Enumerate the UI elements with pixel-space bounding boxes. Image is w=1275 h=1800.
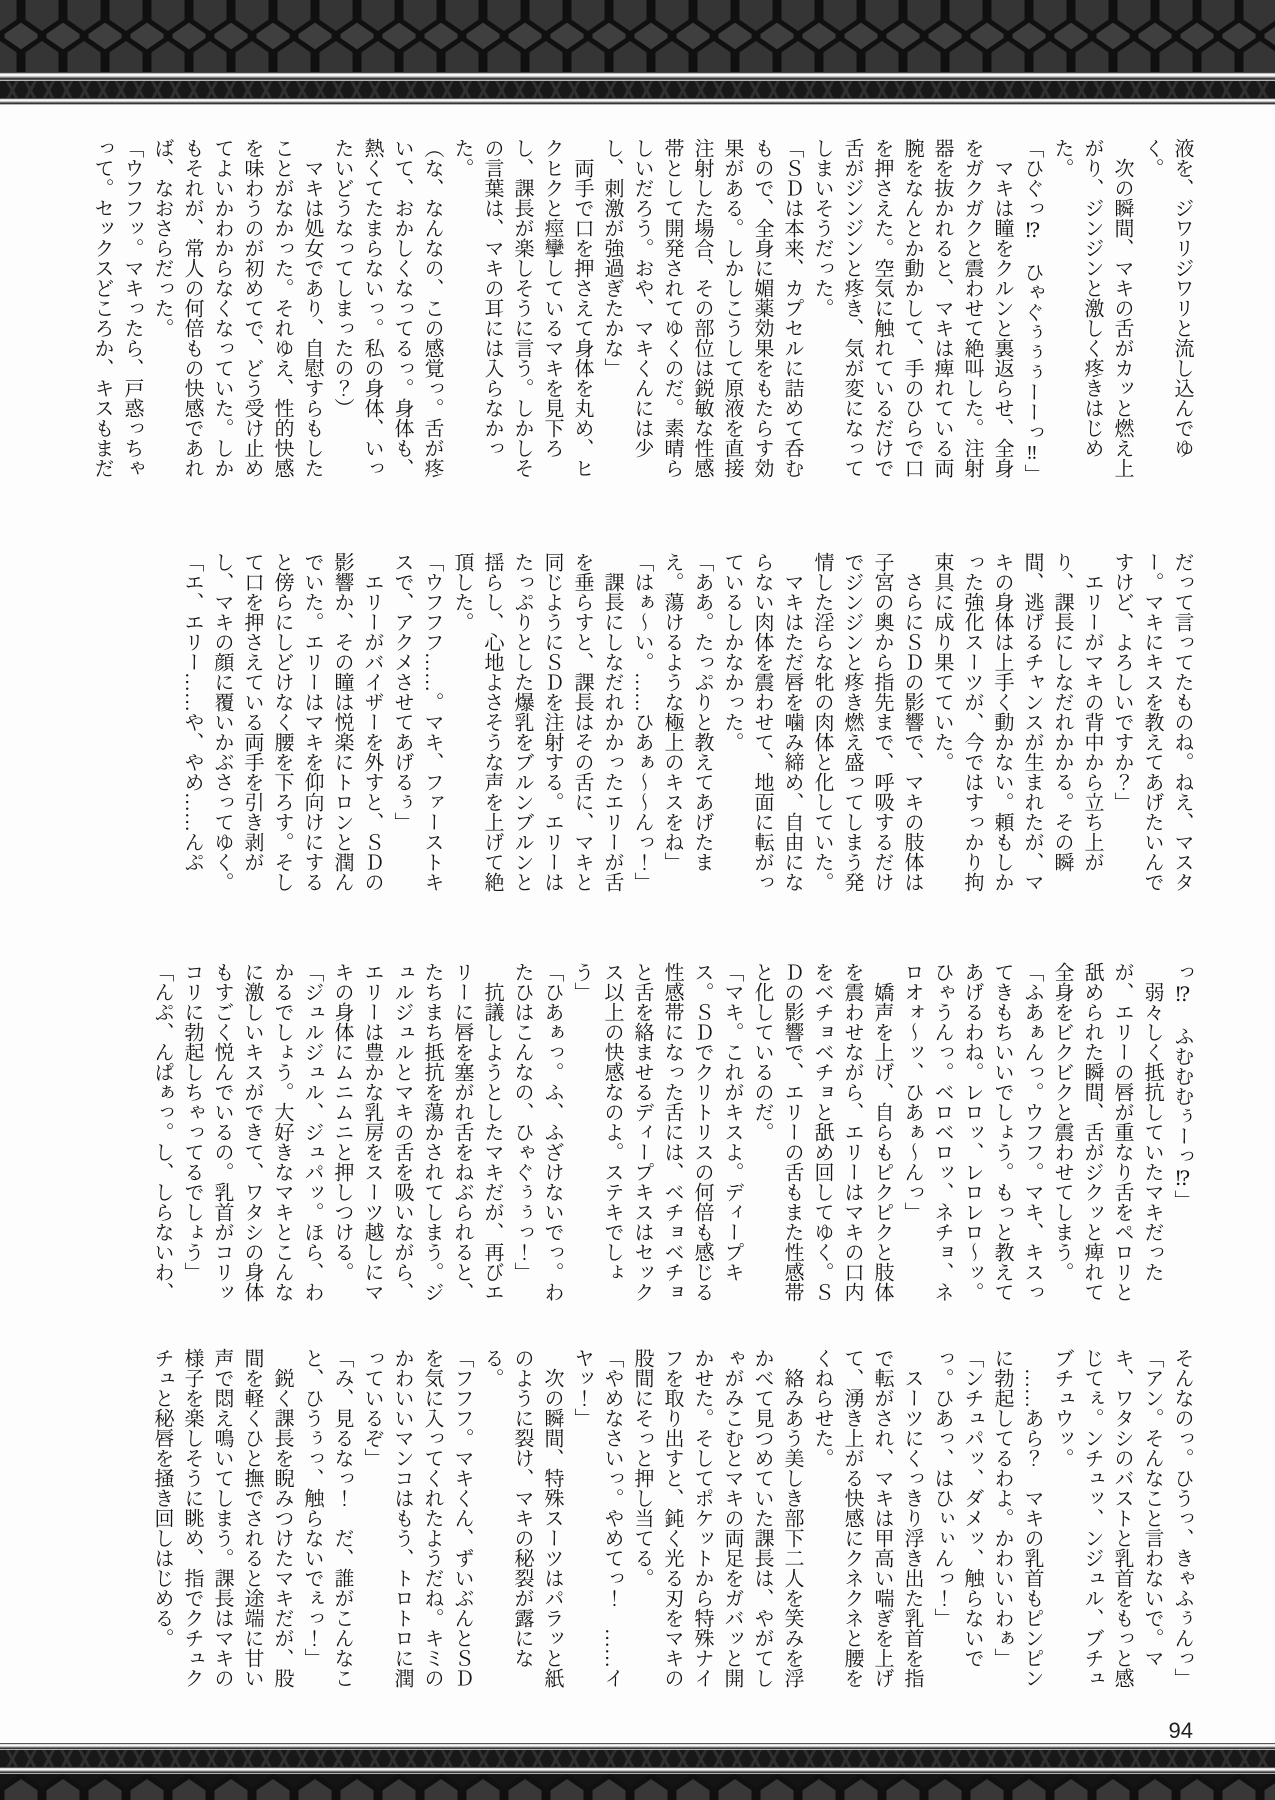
paragraph: そんなのっ。ひうっ、きゃふぅんっ」 [1167,1348,1197,1693]
bottom-border-ornament [0,1743,1275,1800]
top-border-ornament [0,0,1275,105]
paragraph: 「フフフ。マキくん、ずいぶんとＳＤを気に入ってくれたようだね。キミのかわいいマン… [357,1348,477,1693]
paragraph: ……あら？ マキの乳首もピンピンに勃起してるわよ。かわいいわぁ」 [987,1348,1047,1693]
paragraph: 「ウフフフ……。マキ、ファーストキスで、アクメさせてあげるぅ」 [387,552,447,897]
text-band-2: だって言ってたものね。ねえ、マスター。マキにキスを教えてあげたいんですけど、よろ… [177,552,1197,897]
hexagon-pattern-icon [0,0,1275,72]
paragraph: 「はぁ～い。……ひあぁ～～んっ！」 [627,552,657,897]
paragraph: っ⁉ ふむむむぅーっ⁉」 [1167,962,1197,1307]
paragraph: 鋭く課長を睨みつけたマキだが、股間を軽くひと撫でされると途端に甘い声で悶え鳴いて… [147,1348,297,1693]
paragraph: 嬌声を上げ、自らもピクピクと肢体を震わせながら、エリーはマキの口内をベチョベチョ… [747,962,897,1307]
page-number: 94 [1169,1718,1193,1744]
paragraph: マキはただ唇を噛み締め、自由にならない肉体を震わせて、地面に転がっているしかなか… [717,552,807,897]
paragraph: 抗議しようとしたマキだが、再びエリーに唇を塞がれ舌をねぶられると、たちまち抵抗を… [327,962,507,1307]
paragraph: 絡みあう美しき部下二人を笑みを浮かべて見つめていた課長は、やがてしゃがみこむとマ… [627,1348,807,1693]
hexagon-pattern-icon [0,1774,1275,1800]
zigzag-stripe [0,81,1275,98]
paragraph: 両手で口を押さえて身体を丸め、ヒクヒクと痙攣しているマキを見下ろし、課長が楽しそ… [447,138,597,483]
paragraph: 液を、ジワリジワリと流し込んでゆく。 [1137,138,1197,483]
paragraph: マキは瞳をクルンと裏返らせ、全身をガクガクと震わせて絶叫した。注射器を抜かれると… [807,138,1017,483]
paragraph: 「エ、エリー……や、やめ……んぷ [177,552,207,897]
paragraph: （な、なんなの、この感覚っ。舌が疼いて、おかしくなってるっ。身体も、熱くてたまら… [327,138,447,483]
text-band-1: 液を、ジワリジワリと流し込んでゆく。 次の瞬間、マキの舌がカッと燃え上がり、ジン… [87,138,1197,483]
paragraph: 「ジュルジュル、ジュパッ。ほら、わかるでしょう。大好きなマキとこんなに激しいキス… [177,962,327,1307]
paragraph: 「んぷ、んぱぁっ。し、しらないわ、 [147,962,177,1307]
metallic-stripe [0,1767,1275,1774]
paragraph: 「み、見るなっ！ だ、誰がこんなこと、ひうぅっ、触らないでぇっ！」 [297,1348,357,1693]
paragraph: 「ひぐっ⁉ ひゃぐぅぅぅーーっ‼」 [1017,138,1047,483]
paragraph: 「ああ。たっぷりと教えてあげたまえ。蕩けるような極上のキスをね」 [657,552,717,897]
paragraph: さらにＳＤの影響で、マキの肢体は子宮の奥から指先まで、呼吸するだけでジンジンと疼… [807,552,927,897]
metallic-stripe [0,72,1275,81]
text-band-4: そんなのっ。ひうっ、きゃふぅんっ」 「アン。そんなこと言わないで。マキ、ワタシの… [147,1348,1197,1693]
paragraph: スーツにくっきり浮き出た乳首を指で転がされ、マキは甲高い喘ぎを上げて、湧き上がる… [807,1348,927,1693]
paragraph: 「アン。そんなこと言わないで。マキ、ワタシのバストと乳首をもっと感じてぇ。ンチュ… [1047,1348,1167,1693]
zigzag-stripe [0,1750,1275,1767]
paragraph: 次の瞬間、特殊スーツはパラッと紙のように裂け、マキの秘裂が露になる。 [477,1348,567,1693]
paragraph: 次の瞬間、マキの舌がカッと燃え上がり、ジンジンと激しく疼きはじめた。 [1047,138,1137,483]
metallic-stripe [0,1743,1275,1750]
paragraph: 「ＳＤは本来、カプセルに詰めて呑むもので、全身に媚薬効果をもたらす効果がある。し… [597,138,807,483]
paragraph: 「ンチュパッ、ダメッ、触らないでっ。ひあっ、はひぃぃんっ！」 [927,1348,987,1693]
paragraph: 課長にしなだれかかったエリーが舌を垂らすと、課長はその舌に、マキと同じようにＳＤ… [447,552,627,897]
paragraph: 「やめなさいっ。やめてっ！ ……イヤッ！」 [567,1348,627,1693]
paragraph: 「ふあぁんっ。ウフフ。マキ、キスってきもちいいでしょう。もっと教えてあげるわね。… [897,962,1047,1307]
paragraph: だって言ってたものね。ねえ、マスター。マキにキスを教えてあげたいんですけど、よろ… [1107,552,1197,897]
paragraph: エリーがバイザーを外すと、ＳＤの影響か、その瞳は悦楽にトロンと潤んでいた。エリー… [207,552,387,897]
paragraph: 「ひあぁっ。ふ、ふざけないでっ。わたひはこんなの、ひゃぐぅぅっ！」 [507,962,567,1307]
novel-page: 液を、ジワリジワリと流し込んでゆく。 次の瞬間、マキの舌がカッと燃え上がり、ジン… [0,0,1275,1800]
paragraph: マキは処女であり、自慰すらもしたことがなかった。それゆえ、性的快感を味わうのが初… [147,138,327,483]
paragraph: 弱々しく抵抗していたマキだったが、エリーの唇が重なり舌をペロリと舐められた瞬間、… [1047,962,1167,1307]
paragraph: 「ウフフッ。マキったら、戸惑っちゃって。セックスどころか、キスもまだ [87,138,147,483]
paragraph: エリーがマキの背中から立ち上がり、課長にしなだれかかる。その瞬間、逃げるチャンス… [927,552,1107,897]
metallic-stripe [0,98,1275,105]
text-band-3: っ⁉ ふむむむぅーっ⁉」 弱々しく抵抗していたマキだったが、エリーの唇が重なり舌… [147,962,1197,1307]
paragraph: 「マキ。これがキスよ。ディープキス。ＳＤでクリトリスの何倍も感じる性感帯になった… [567,962,747,1307]
